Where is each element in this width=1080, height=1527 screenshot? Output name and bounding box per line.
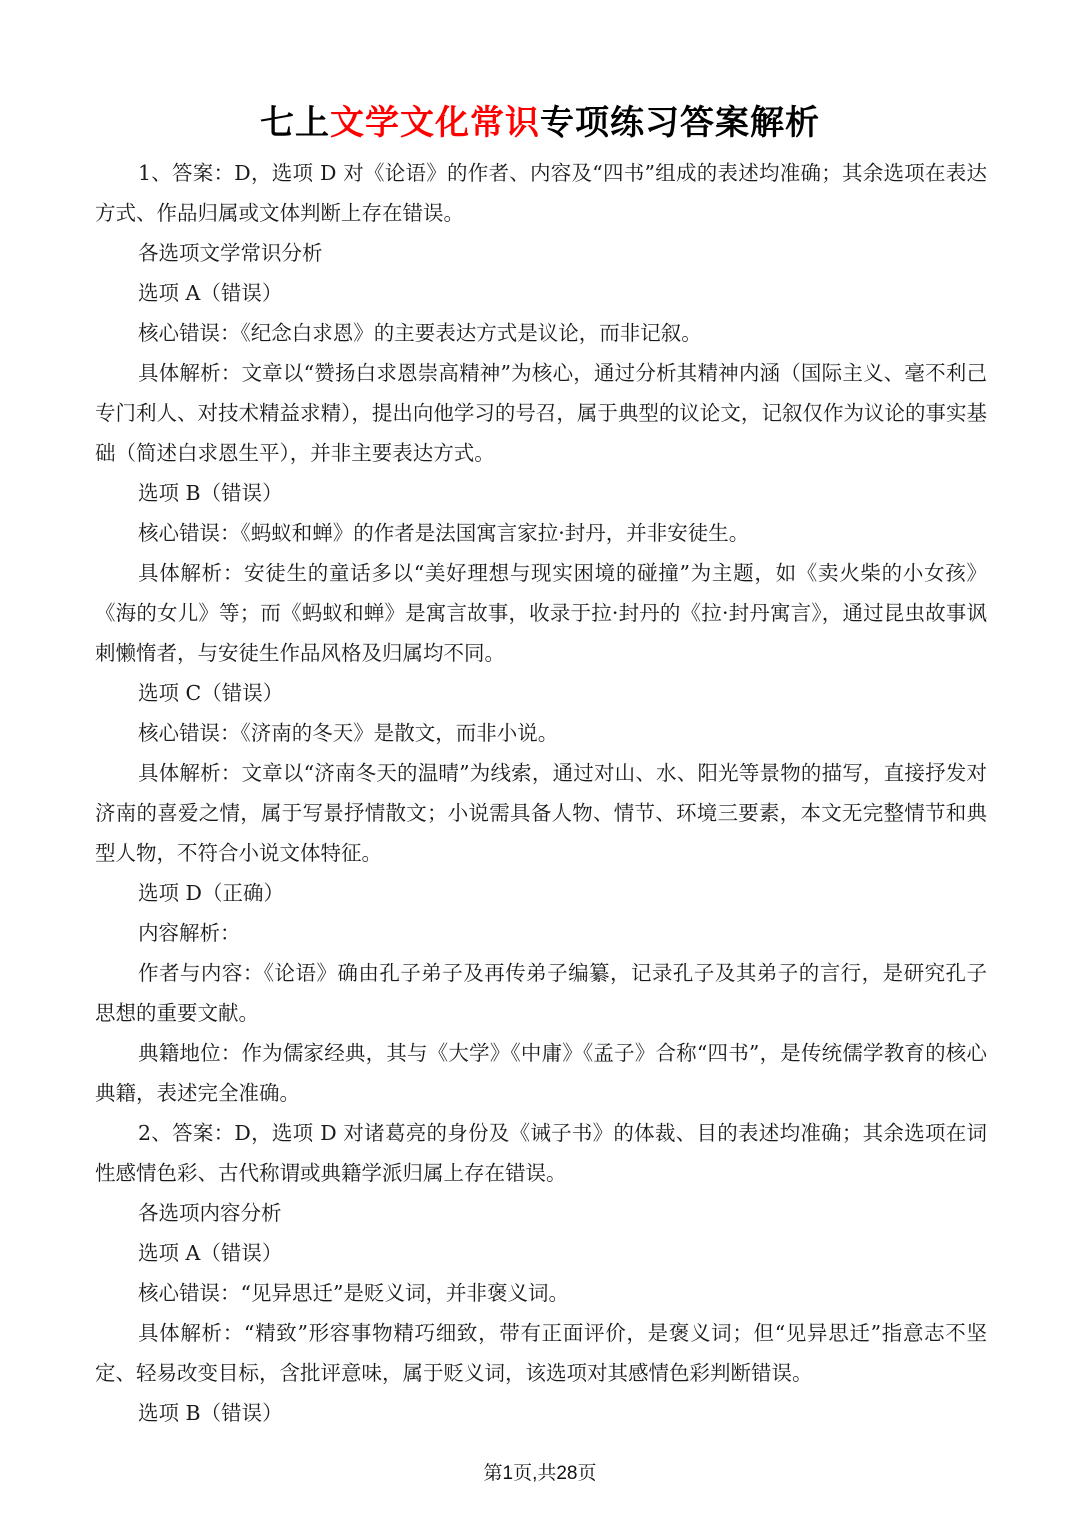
option-d-content-label: 内容解析： (95, 913, 987, 953)
title-suffix: 专项练习答案解析 (540, 103, 820, 143)
page-number: 第1页,共28页 (0, 1458, 1080, 1485)
q2-option-b-heading: 选项 B（错误） (95, 1393, 987, 1433)
q2-option-a-core-error: 核心错误：“见异思迁”是贬义词，并非褒义词。 (95, 1273, 987, 1313)
option-a-core-error: 核心错误：《纪念白求恩》的主要表达方式是议论，而非记叙。 (95, 313, 987, 353)
option-b-analysis: 具体解析：安徒生的童话多以“美好理想与现实困境的碰撞”为主题，如《卖火柴的小女孩… (95, 553, 987, 673)
option-d-author-content: 作者与内容：《论语》确由孔子弟子及再传弟子编纂，记录孔子及其弟子的言行，是研究孔… (95, 953, 987, 1033)
q2-option-a-heading: 选项 A（错误） (95, 1233, 987, 1273)
title-prefix: 七上 (260, 103, 330, 143)
answer-2-summary: 2、答案：D，选项 D 对诸葛亮的身份及《诫子书》的体裁、目的表述均准确；其余选… (95, 1113, 987, 1193)
option-c-analysis: 具体解析：文章以“济南冬天的温晴”为线索，通过对山、水、阳光等景物的描写，直接抒… (95, 753, 987, 873)
option-b-core-error: 核心错误：《蚂蚁和蝉》的作者是法国寓言家拉·封丹，并非安徒生。 (95, 513, 987, 553)
option-d-classic-status: 典籍地位：作为儒家经典，其与《大学》《中庸》《孟子》合称“四书”，是传统儒学教育… (95, 1033, 987, 1113)
document-body: 1、答案：D，选项 D 对《论语》的作者、内容及“四书”组成的表述均准确；其余选… (95, 153, 987, 1433)
option-d-heading: 选项 D（正确） (95, 873, 987, 913)
q2-option-a-analysis: 具体解析：“精致”形容事物精巧细致，带有正面评价，是褒义词；但“见异思迁”指意志… (95, 1313, 987, 1393)
option-b-heading: 选项 B（错误） (95, 473, 987, 513)
option-c-heading: 选项 C（错误） (95, 673, 987, 713)
option-a-analysis: 具体解析：文章以“赞扬白求恩崇高精神”为核心，通过分析其精神内涵（国际主义、毫不… (95, 353, 987, 473)
answer-1-summary: 1、答案：D，选项 D 对《论语》的作者、内容及“四书”组成的表述均准确；其余选… (95, 153, 987, 233)
section-heading-2: 各选项内容分析 (95, 1193, 987, 1233)
option-a-heading: 选项 A（错误） (95, 273, 987, 313)
page-title: 七上文学文化常识专项练习答案解析 (0, 98, 1080, 148)
section-heading: 各选项文学常识分析 (95, 233, 987, 273)
option-c-core-error: 核心错误：《济南的冬天》是散文，而非小说。 (95, 713, 987, 753)
document-page: 七上文学文化常识专项练习答案解析 1、答案：D，选项 D 对《论语》的作者、内容… (0, 0, 1080, 1527)
title-accent: 文学文化常识 (330, 103, 540, 143)
